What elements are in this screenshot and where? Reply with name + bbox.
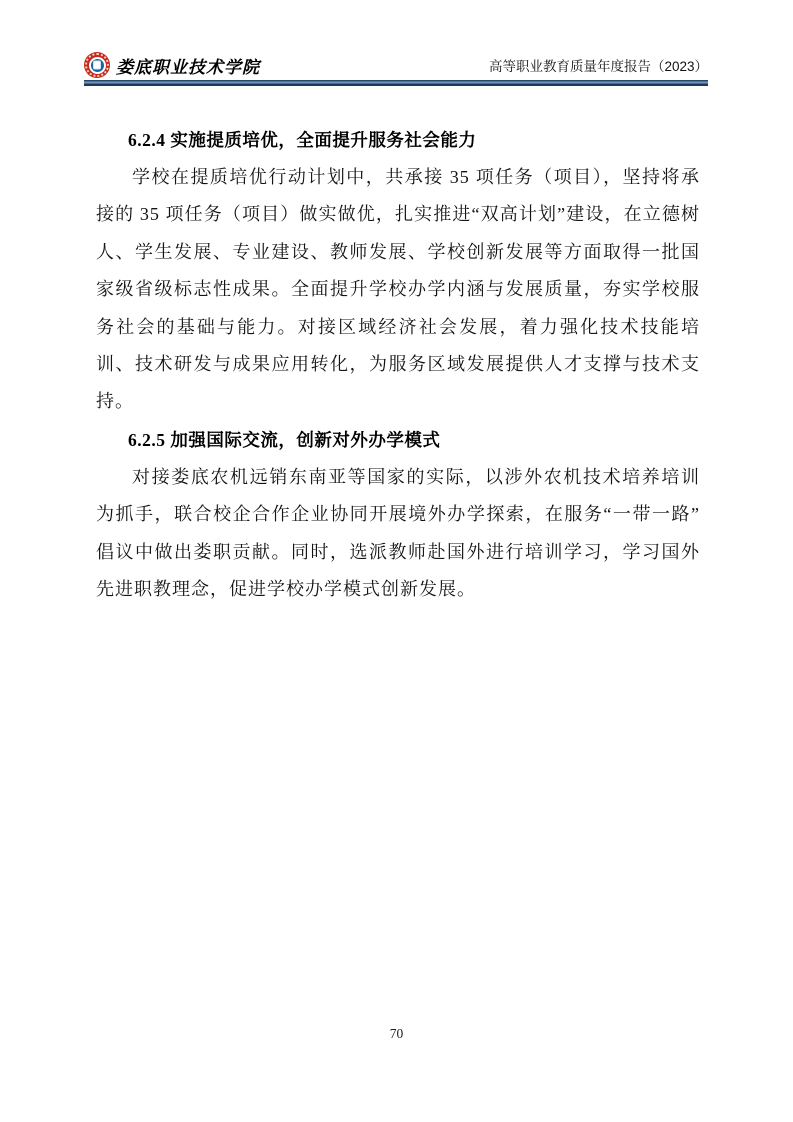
- header-divider: [84, 80, 708, 86]
- school-name: 娄底职业技术学院: [116, 53, 260, 78]
- report-title: 高等职业教育质量年度报告（2023）: [489, 55, 708, 75]
- section-624-paragraph: 学校在提质培优行动计划中，共承接 35 项任务（项目），坚持将承接的 35 项任…: [96, 159, 700, 421]
- section-625-paragraph: 对接娄底农机远销东南亚等国家的实际，以涉外农机技术培养培训为抓手，联合校企合作企…: [96, 459, 700, 609]
- page-content: 6.2.4 实施提质培优，全面提升服务社会能力 学校在提质培优行动计划中，共承接…: [96, 121, 700, 608]
- section-heading-624: 6.2.4 实施提质培优，全面提升服务社会能力: [96, 121, 700, 159]
- section-heading-625: 6.2.5 加强国际交流，创新对外办学模式: [96, 421, 700, 459]
- school-logo-icon: [84, 52, 110, 78]
- page-header: 娄底职业技术学院 高等职业教育质量年度报告（2023）: [84, 51, 708, 79]
- page-number: 70: [0, 1026, 793, 1042]
- logo-book-icon: [93, 61, 101, 70]
- report-page: 娄底职业技术学院 高等职业教育质量年度报告（2023） 6.2.4 实施提质培优…: [0, 0, 793, 1122]
